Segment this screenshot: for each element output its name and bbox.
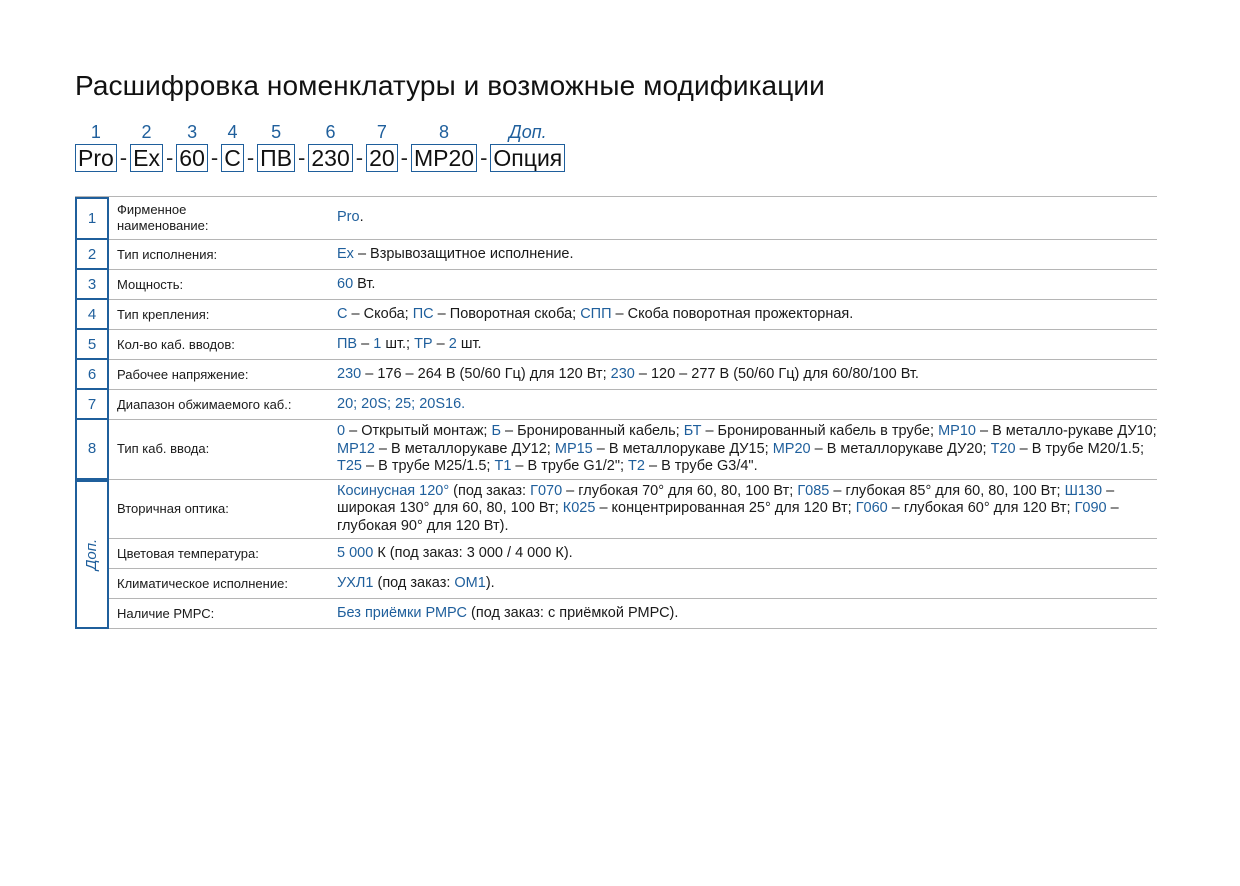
row-value: УХЛ1 (под заказ: ОМ1).: [335, 569, 1157, 598]
description-text: – концентрированная 25° для 120 Вт;: [595, 500, 855, 516]
code-position-number: 8: [439, 120, 449, 144]
row-label: Кол-во каб. вводов:: [109, 330, 335, 359]
value-text: 60 Вт.: [337, 276, 375, 294]
row-value: 5 000 К (под заказ: 3 000 / 4 000 К).: [335, 539, 1157, 568]
description-text: – Поворотная скоба;: [434, 306, 581, 322]
row-label: Тип крепления:: [109, 300, 335, 329]
dop-cell: Доп.: [75, 480, 109, 630]
row-number: 6: [75, 360, 109, 390]
row-label: Наличие РМРС:: [109, 599, 335, 628]
code-value: ПС: [413, 306, 434, 322]
description-text: – В трубе М20/1.5;: [1016, 441, 1144, 457]
code-value: Ш130: [1065, 483, 1102, 499]
table-row: 1Фирменное наименование:Pro.: [75, 196, 1157, 240]
code-value: ПВ: [337, 336, 357, 352]
code-segment: 360: [176, 120, 208, 172]
description-text: – 176 – 264 В (50/60 Гц) для 120 Вт;: [361, 366, 610, 382]
additional-options-group: Доп. Вторичная оптика:Косинусная 120° (п…: [75, 480, 1157, 630]
table-row: Цветовая температура:5 000 К (под заказ:…: [109, 539, 1157, 569]
description-text: – Взрывозащитное исполнение.: [354, 246, 574, 262]
table-row: 8Тип каб. ввода:0 – Открытый монтаж; Б –…: [75, 420, 1157, 480]
row-number: 7: [75, 390, 109, 420]
table-row: 3Мощность:60 Вт.: [75, 270, 1157, 300]
code-value: 2: [449, 336, 457, 352]
table-row: 2Тип исполнения:Ex – Взрывозащитное испо…: [75, 240, 1157, 270]
row-label: Цветовая температура:: [109, 539, 335, 568]
row-label: Рабочее напряжение:: [109, 360, 335, 389]
row-label: Климатическое исполнение:: [109, 569, 335, 598]
description-text: – Открытый монтаж;: [345, 423, 491, 439]
value-text: УХЛ1 (под заказ: ОМ1).: [337, 575, 495, 593]
code-box: Ex: [130, 144, 163, 172]
code-value: С: [337, 306, 347, 322]
description-text: ).: [486, 575, 495, 591]
table-row: 5Кол-во каб. вводов:ПВ – 1 шт.; ТР – 2 ш…: [75, 330, 1157, 360]
code-segment: 5ПВ: [257, 120, 295, 172]
description-text: – Скоба;: [347, 306, 412, 322]
row-label: Фирменное наименование:: [109, 197, 335, 239]
table-row: 7Диапазон обжимаемого каб.:20; 20S; 25; …: [75, 390, 1157, 420]
description-text: – глубокая 70° для 60, 80, 100 Вт;: [562, 483, 797, 499]
row-value: С – Скоба; ПС – Поворотная скоба; СПП – …: [335, 300, 1157, 329]
code-position-number: 2: [142, 120, 152, 144]
code-value: СПП: [580, 306, 611, 322]
row-label: Диапазон обжимаемого каб.:: [109, 390, 335, 419]
nomenclature-table: 1Фирменное наименование:Pro.2Тип исполне…: [75, 196, 1157, 629]
code-box: МР20: [411, 144, 477, 172]
code-box: С: [221, 144, 244, 172]
code-separator: -: [477, 144, 490, 172]
code-value: Без приёмки РМРС: [337, 605, 467, 621]
row-label: Тип исполнения:: [109, 240, 335, 269]
code-value: МР12: [337, 441, 375, 457]
value-text: 230 – 176 – 264 В (50/60 Гц) для 120 Вт;…: [337, 366, 919, 384]
code-box: Опция: [490, 144, 565, 172]
table-row: Наличие РМРС:Без приёмки РМРС (под заказ…: [109, 599, 1157, 629]
row-label: Вторичная оптика:: [109, 480, 335, 539]
description-text: – В трубе G1/2";: [511, 458, 628, 474]
row-value: Без приёмки РМРС (под заказ: с приёмкой …: [335, 599, 1157, 628]
description-text: – В металлорукаве ДУ12;: [375, 441, 555, 457]
code-position-number: 6: [326, 120, 336, 144]
code-value: Ex: [337, 246, 354, 262]
row-value: Косинусная 120° (под заказ: Г070 – глубо…: [335, 480, 1157, 539]
value-text: 20; 20S; 25; 20S16.: [337, 396, 465, 414]
dop-rows: Вторичная оптика:Косинусная 120° (под за…: [109, 480, 1157, 630]
description-text: К (под заказ: 3 000 / 4 000 К).: [373, 545, 572, 561]
code-separator: -: [117, 144, 130, 172]
code-value: 230: [611, 366, 635, 382]
code-value: Т2: [628, 458, 645, 474]
description-text: – Бронированный кабель в трубе;: [701, 423, 938, 439]
row-value: ПВ – 1 шт.; ТР – 2 шт.: [335, 330, 1157, 359]
code-value: БТ: [684, 423, 702, 439]
code-position-number: 7: [377, 120, 387, 144]
description-text: (под заказ:: [449, 483, 530, 499]
row-value: 0 – Открытый монтаж; Б – Бронированный к…: [335, 420, 1157, 479]
description-text: (под заказ:: [373, 575, 454, 591]
code-value: МР15: [555, 441, 593, 457]
description-text: – В металло-рукаве ДУ10;: [976, 423, 1157, 439]
description-text: шт.: [457, 336, 482, 352]
description-text: .: [360, 209, 364, 225]
code-position-number: 5: [271, 120, 281, 144]
code-segment: Доп.Опция: [490, 120, 565, 172]
description-text: – Скоба поворотная прожекторная.: [612, 306, 854, 322]
value-text: Ex – Взрывозащитное исполнение.: [337, 246, 574, 264]
description-text: – В трубе М25/1.5;: [362, 458, 494, 474]
code-value: Г085: [797, 483, 829, 499]
code-value: 0: [337, 423, 345, 439]
table-row: Климатическое исполнение:УХЛ1 (под заказ…: [109, 569, 1157, 599]
code-value: 230: [337, 366, 361, 382]
value-text: 5 000 К (под заказ: 3 000 / 4 000 К).: [337, 545, 573, 563]
row-number: 5: [75, 330, 109, 360]
code-segment: 2Ex: [130, 120, 163, 172]
value-text: 0 – Открытый монтаж; Б – Бронированный к…: [337, 423, 1157, 476]
code-box: 60: [176, 144, 208, 172]
code-separator: -: [353, 144, 366, 172]
dop-label: Доп.: [84, 539, 101, 570]
code-position-number: 4: [228, 120, 238, 144]
code-position-number: 3: [187, 120, 197, 144]
main-rows: 1Фирменное наименование:Pro.2Тип исполне…: [75, 196, 1157, 480]
row-number: 3: [75, 270, 109, 300]
code-value: Т25: [337, 458, 362, 474]
code-separator: -: [208, 144, 221, 172]
code-value: Г090: [1075, 500, 1107, 516]
code-value: ТР: [414, 336, 433, 352]
description-text: – 120 – 277 В (50/60 Гц) для 60/80/100 В…: [635, 366, 919, 382]
page-title: Расшифровка номенклатуры и возможные мод…: [75, 70, 825, 102]
row-number: 2: [75, 240, 109, 270]
row-value: Pro.: [335, 197, 1157, 239]
code-value: Т1: [494, 458, 511, 474]
table-row: Вторичная оптика:Косинусная 120° (под за…: [109, 480, 1157, 540]
code-value: Б: [491, 423, 501, 439]
description-text: –: [357, 336, 373, 352]
code-value: 60: [337, 276, 353, 292]
row-number: 4: [75, 300, 109, 330]
row-value: 60 Вт.: [335, 270, 1157, 299]
code-value: 5 000: [337, 545, 373, 561]
code-value: УХЛ1: [337, 575, 373, 591]
code-separator: -: [398, 144, 411, 172]
code-segment: 6230: [308, 120, 352, 172]
code-value: Т20: [991, 441, 1016, 457]
row-value: 20; 20S; 25; 20S16.: [335, 390, 1157, 419]
code-value: Г070: [530, 483, 562, 499]
table-row: 6Рабочее напряжение:230 – 176 – 264 В (5…: [75, 360, 1157, 390]
description-text: –: [433, 336, 449, 352]
value-text: ПВ – 1 шт.; ТР – 2 шт.: [337, 336, 482, 354]
description-text: – глубокая 85° для 60, 80, 100 Вт;: [829, 483, 1064, 499]
row-value: Ex – Взрывозащитное исполнение.: [335, 240, 1157, 269]
code-separator: -: [163, 144, 176, 172]
description-text: – В металлорукаве ДУ15;: [593, 441, 773, 457]
description-text: – Бронированный кабель;: [501, 423, 684, 439]
code-segment: 1Pro: [75, 120, 117, 172]
value-text: Pro.: [337, 209, 364, 227]
description-text: (под заказ: с приёмкой РМРС).: [467, 605, 678, 621]
row-number: 1: [75, 197, 109, 240]
code-value: Г060: [856, 500, 888, 516]
row-value: 230 – 176 – 264 В (50/60 Гц) для 120 Вт;…: [335, 360, 1157, 389]
code-separator: -: [244, 144, 257, 172]
code-box: 230: [308, 144, 352, 172]
code-separator: -: [295, 144, 308, 172]
code-segment: 8МР20: [411, 120, 477, 172]
table-row: 4Тип крепления:С – Скоба; ПС – Поворотна…: [75, 300, 1157, 330]
value-text: С – Скоба; ПС – Поворотная скоба; СПП – …: [337, 306, 853, 324]
code-value: МР10: [938, 423, 976, 439]
description-text: – В трубе G3/4".: [645, 458, 758, 474]
code-segment: 720: [366, 120, 398, 172]
description-text: – В металлорукаве ДУ20;: [811, 441, 991, 457]
code-value: К025: [563, 500, 596, 516]
code-position-number: 1: [91, 120, 101, 144]
row-label: Мощность:: [109, 270, 335, 299]
code-box: 20: [366, 144, 398, 172]
description-text: Вт.: [353, 276, 375, 292]
description-text: – глубокая 60° для 120 Вт;: [888, 500, 1075, 516]
value-text: Косинусная 120° (под заказ: Г070 – глубо…: [337, 483, 1157, 536]
code-value: Pro: [337, 209, 360, 225]
nomenclature-code: 1Pro-2Ex-360-4С-5ПВ-6230-720-8МР20-Доп.О…: [75, 120, 565, 172]
code-box: ПВ: [257, 144, 295, 172]
code-value: ОМ1: [454, 575, 485, 591]
code-value: 20; 20S; 25; 20S16.: [337, 396, 465, 412]
value-text: Без приёмки РМРС (под заказ: с приёмкой …: [337, 605, 678, 623]
code-segment: 4С: [221, 120, 244, 172]
code-position-number: Доп.: [509, 120, 547, 144]
row-label: Тип каб. ввода:: [109, 420, 335, 479]
code-value: МР20: [773, 441, 811, 457]
code-value: Косинусная 120°: [337, 483, 449, 499]
code-box: Pro: [75, 144, 117, 172]
row-number: 8: [75, 420, 109, 480]
description-text: шт.;: [381, 336, 414, 352]
